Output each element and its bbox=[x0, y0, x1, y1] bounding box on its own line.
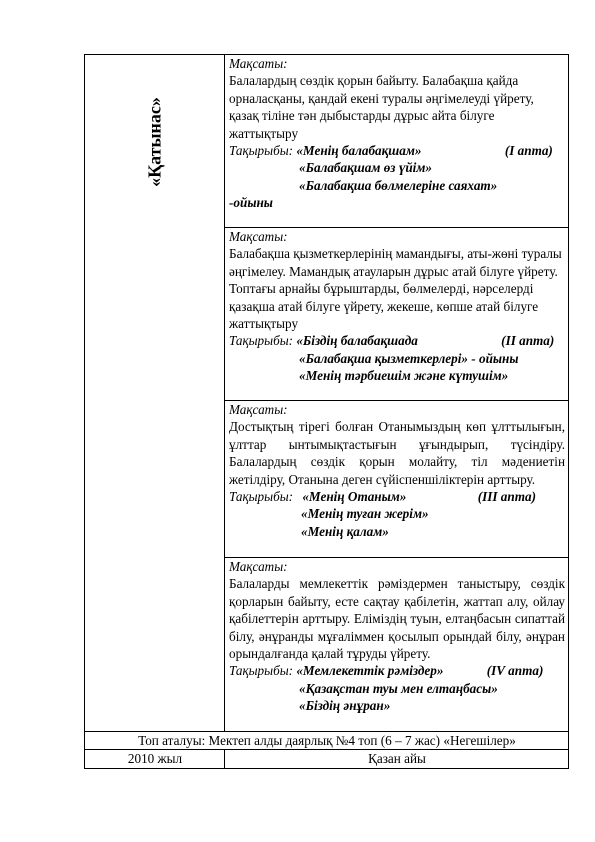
topic-line: Тақырыбы: «Мемлекеттік рәміздер» (IV апт… bbox=[229, 662, 565, 679]
section-cell-3: Мақсаты: Достықтың тірегі болған Отанымы… bbox=[225, 401, 569, 558]
goal-label: Мақсаты: bbox=[229, 558, 565, 575]
topic-main: «Біздің балабақшада bbox=[296, 333, 418, 348]
date-row: 2010 жыл Қазан айы bbox=[85, 750, 569, 768]
document-page: «Қатынас» Мақсаты: Балалардың сөздік қор… bbox=[0, 0, 595, 842]
month-cell: Қазан айы bbox=[225, 750, 569, 768]
topic-label: Тақырыбы: bbox=[229, 143, 293, 158]
goal-text: Достықтың тірегі болған Отанымыздың көп … bbox=[229, 418, 565, 488]
topic-label: Тақырыбы: bbox=[229, 333, 293, 348]
topic-main: «Менің балабақшам» bbox=[296, 143, 421, 158]
side-label-cell: «Қатынас» bbox=[85, 55, 225, 732]
goal-text: Балабақша қызметкерлерінің мамандығы, ат… bbox=[229, 245, 565, 332]
lesson-plan-table: «Қатынас» Мақсаты: Балалардың сөздік қор… bbox=[84, 54, 569, 769]
goal-label: Мақсаты: bbox=[229, 228, 565, 245]
section-row: «Қатынас» Мақсаты: Балалардың сөздік қор… bbox=[85, 55, 569, 228]
topic-suffix: -ойыны bbox=[229, 194, 565, 211]
topic-line: Тақырыбы: «Менің балабақшам» (I апта) bbox=[229, 142, 565, 159]
week-label: (I апта) bbox=[505, 143, 553, 158]
topic-main: «Менің Отаным» bbox=[302, 489, 406, 504]
goal-label: Мақсаты: bbox=[229, 401, 565, 418]
group-name: Топ аталуы: Мектеп алды даярлық №4 топ (… bbox=[85, 732, 569, 750]
week-label: (II апта) bbox=[501, 333, 554, 348]
subtopic: «Балабақшам өз үйім» bbox=[229, 159, 565, 176]
group-name-row: Топ аталуы: Мектеп алды даярлық №4 топ (… bbox=[85, 732, 569, 750]
subtopic: «Менің туған жерім» bbox=[229, 505, 565, 522]
section-cell-2: Мақсаты: Балабақша қызметкерлерінің мама… bbox=[225, 228, 569, 401]
subtopic: «Балабақша қызметкерлері» - ойыны bbox=[229, 350, 565, 367]
topic-line: Тақырыбы: «Біздің балабақшада (II апта) bbox=[229, 332, 565, 349]
section-cell-4: Мақсаты: Балаларды мемлекеттік рәміздерм… bbox=[225, 558, 569, 732]
subtopic: «Қазақстан туы мен елтаңбасы» bbox=[229, 680, 565, 697]
goal-label: Мақсаты: bbox=[229, 55, 565, 72]
subtopic: «Менің тәрбиешім және күтушім» bbox=[229, 367, 565, 384]
year-cell: 2010 жыл bbox=[85, 750, 225, 768]
topic-main: «Мемлекеттік рәміздер» bbox=[296, 663, 443, 678]
week-label: (IV апта) bbox=[487, 663, 544, 678]
side-label: «Қатынас» bbox=[146, 97, 163, 187]
subtopic: «Менің қалам» bbox=[229, 523, 565, 540]
goal-text: Балаларды мемлекеттік рәміздермен таныст… bbox=[229, 575, 565, 662]
topic-label: Тақырыбы: bbox=[229, 489, 293, 504]
week-label: (III апта) bbox=[478, 489, 536, 504]
section-cell-1: Мақсаты: Балалардың сөздік қорын байыту.… bbox=[225, 55, 569, 228]
topic-line: Тақырыбы: «Менің Отаным» (III апта) bbox=[229, 488, 565, 505]
subtopic: «Балабақша бөлмелеріне саяхат» bbox=[229, 177, 565, 194]
subtopic: «Біздің әнұран» bbox=[229, 697, 565, 714]
goal-text: Балалардың сөздік қорын байыту. Балабақш… bbox=[229, 72, 565, 142]
topic-label: Тақырыбы: bbox=[229, 663, 293, 678]
